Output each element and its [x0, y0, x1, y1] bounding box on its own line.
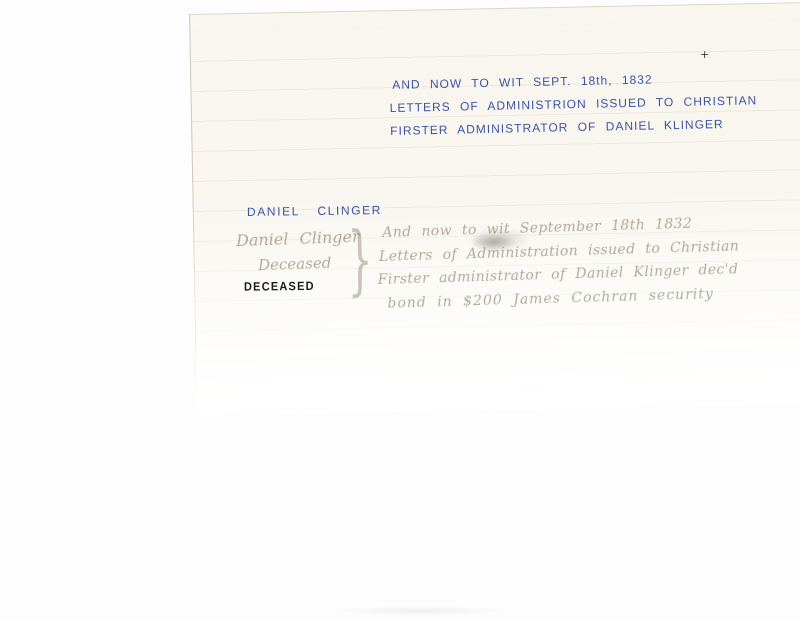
original-ledger-entry: And now to wit September 18th 1832 Lette…	[378, 211, 741, 316]
header-transcription-note: AND NOW TO WIT SEPT. 18th, 1832 LETTERS …	[389, 66, 758, 143]
status-label-cursive: Deceased	[258, 254, 332, 275]
ink-smudge	[463, 226, 529, 256]
registration-cross-mark: +	[700, 48, 709, 61]
scan-artifact	[330, 606, 510, 616]
grouping-brace: }	[347, 217, 373, 302]
scanned-document-page: + AND NOW TO WIT SEPT. 18th, 1832 LETTER…	[0, 0, 800, 618]
status-label-stamped: DECEASED	[244, 280, 315, 294]
